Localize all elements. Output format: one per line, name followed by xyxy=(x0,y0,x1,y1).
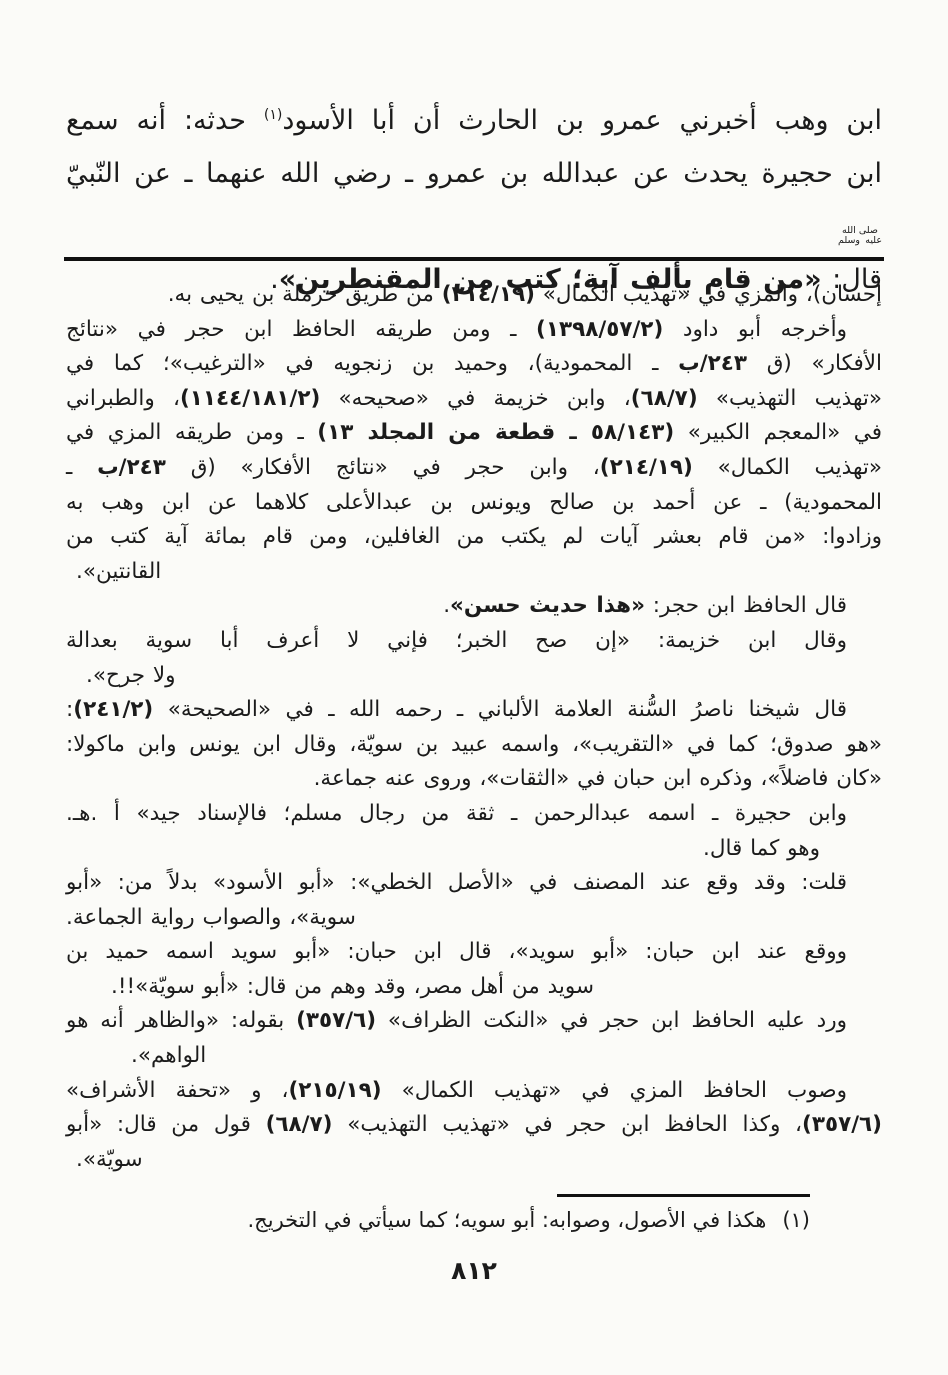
footnote-text: هكذا في الأصول، وصوابه: أبو سويه؛ كما سي… xyxy=(248,1208,767,1232)
text-segment: سوية»، والصواب رواية الجماعة. xyxy=(66,905,356,930)
text-line: ابن حجيرة يحدث عن عبدالله بن عمرو ـ رضي … xyxy=(66,147,882,253)
text-line: القانتين». xyxy=(66,555,882,590)
text-segment: قول من قال: «أبو xyxy=(66,1112,266,1137)
bold-text-segment: (١١٤٤/١٨١/٢) xyxy=(180,386,320,411)
text-segment: ابن وهب أخبرني عمرو بن الحارث أن أبا الأ… xyxy=(282,105,882,136)
text-line: ابن وهب أخبرني عمرو بن الحارث أن أبا الأ… xyxy=(66,94,882,147)
text-segment: قال الحافظ ابن حجر: xyxy=(645,593,847,618)
text-line: (٣٥٧/٦)، وكذا الحافظ ابن حجر في «تهذيب ا… xyxy=(66,1108,882,1143)
text-segment: الواهم». xyxy=(131,1043,206,1068)
text-line: سويد من أهل مصر، وقد وهم من قال: «أبو سو… xyxy=(66,970,882,1005)
text-line: «هو صدوق؛ كما في «التقريب»، واسمه عبيد ب… xyxy=(66,728,882,763)
bold-text-segment: ٢٤٣/ب xyxy=(97,455,166,480)
text-line: قال شيخنا ناصرُ السُّنة العلامة الألباني… xyxy=(66,693,882,728)
text-line: ولا جرح». xyxy=(66,659,882,694)
bold-text-segment: (٦٨/٧) xyxy=(631,386,698,411)
text-segment: وقال ابن خزيمة: «إن صح الخبر؛ فإني لا أع… xyxy=(66,628,847,653)
text-segment: قلت: وقد وقع عند المصنف في «الأصل الخطي»… xyxy=(66,870,847,895)
text-segment: سويّة». xyxy=(76,1147,143,1172)
text-segment: بقوله: «والظاهر أنه هو xyxy=(66,1008,296,1033)
text-line: وابن حجيرة ـ اسمه عبدالرحمن ـ ثقة من رجا… xyxy=(66,797,882,832)
bold-text-segment: (٥٨/١٤٣ ـ قطعة من المجلد ١٣) xyxy=(317,420,674,445)
text-line: قلت: وقد وقع عند المصنف في «الأصل الخطي»… xyxy=(66,866,882,901)
text-segment: ـ ومن طريقه الحافظ ابن حجر في «نتائج xyxy=(66,317,536,342)
text-segment: «هو صدوق؛ كما في «التقريب»، واسمه عبيد ب… xyxy=(66,732,882,757)
text-segment: الأفكار» (ق xyxy=(747,351,882,376)
bold-text-segment: (٢١٥/١٩) xyxy=(288,1078,381,1103)
text-line: الأفكار» (ق ٢٤٣/ب ـ المحمودية)، وحميد بن… xyxy=(66,347,882,382)
bold-text-segment: ٢٤٣/ب xyxy=(678,351,747,376)
hadith-main-text: ابن وهب أخبرني عمرو بن الحارث أن أبا الأ… xyxy=(66,94,882,306)
text-segment: وابن حجيرة ـ اسمه عبدالرحمن ـ ثقة من رجا… xyxy=(66,801,847,826)
text-segment: ـ ومن طريقه المزي في xyxy=(66,420,317,445)
footnote-divider xyxy=(557,1194,810,1197)
text-line: وزادوا: «من قام بعشر آيات لم يكتب من الغ… xyxy=(66,520,882,555)
text-line: «كان فاضلاً»، وذكره ابن حبان في «الثقات»… xyxy=(66,762,882,797)
page-number: ٨١٢ xyxy=(0,1256,948,1285)
text-line: سوية»، والصواب رواية الجماعة. xyxy=(66,901,882,936)
text-segment: ولا جرح». xyxy=(86,663,176,688)
text-segment: ، وكذا الحافظ ابن حجر في «تهذيب التهذيب» xyxy=(333,1112,803,1137)
footnote-marker: (١) xyxy=(782,1208,810,1232)
text-line: وهو كما قال. xyxy=(66,832,882,867)
bold-text-segment: (١٣٩٨/٥٧/٢) xyxy=(536,317,663,342)
text-segment: القانتين». xyxy=(76,559,161,584)
text-line: قال الحافظ ابن حجر: «هذا حديث حسن». xyxy=(66,589,882,624)
book-page: ابن وهب أخبرني عمرو بن الحارث أن أبا الأ… xyxy=(0,0,948,1375)
text-segment: ـ xyxy=(66,455,97,480)
text-segment: من طريق حرملة بن يحيى به. xyxy=(168,282,442,307)
text-segment: ، وابن خزيمة في «صحيحه» xyxy=(320,386,630,411)
takhrij-commentary: إحسان)، والمزي في «تهذيب الكمال» (٢١٤/١٩… xyxy=(66,278,882,1177)
text-line: «تهذيب الكمال» (٢١٤/١٩)، وابن حجر في «نت… xyxy=(66,451,882,486)
text-segment: «كان فاضلاً»، وذكره ابن حبان في «الثقات»… xyxy=(314,766,882,791)
text-segment: ، والطبراني xyxy=(66,386,180,411)
text-line: ورد عليه الحافظ ابن حجر في «النكت الظراف… xyxy=(66,1004,882,1039)
text-segment: ورد عليه الحافظ ابن حجر في «النكت الظراف… xyxy=(376,1008,847,1033)
commentary-section-divider xyxy=(64,257,884,261)
bold-text-segment: (٦٨/٧) xyxy=(266,1112,333,1137)
bold-text-segment: (٣٥٧/٦) xyxy=(296,1008,376,1033)
text-segment: في «المعجم الكبير» xyxy=(674,420,882,445)
text-segment: وأخرجه أبو داود xyxy=(663,317,847,342)
text-line: ووقع عند ابن حبان: «أبو سويد»، قال ابن ح… xyxy=(66,935,882,970)
text-segment: قال شيخنا ناصرُ السُّنة العلامة الألباني… xyxy=(153,697,847,722)
text-segment: ابن حجيرة يحدث عن عبدالله بن عمرو ـ رضي … xyxy=(66,158,882,189)
text-segment: إحسان)، والمزي في «تهذيب الكمال» xyxy=(535,282,882,307)
text-line: «تهذيب التهذيب» (٦٨/٧)، وابن خزيمة في «ص… xyxy=(66,382,882,417)
text-segment: حدثه: أنه سمع xyxy=(66,105,264,136)
text-segment: ووقع عند ابن حبان: «أبو سويد»، قال ابن ح… xyxy=(66,939,847,964)
text-line: وقال ابن خزيمة: «إن صح الخبر؛ فإني لا أع… xyxy=(66,624,882,659)
text-line: إحسان)، والمزي في «تهذيب الكمال» (٢١٤/١٩… xyxy=(66,278,882,313)
text-segment: ، و «تحفة الأشراف» xyxy=(66,1078,288,1103)
bold-text-segment: (٢٤١/٢) xyxy=(73,697,153,722)
text-segment: سويد من أهل مصر، وقد وهم من قال: «أبو سو… xyxy=(111,974,594,999)
text-segment: ، وابن حجر في «نتائج الأفكار» (ق xyxy=(166,455,600,480)
bold-text-segment: (٢١٤/١٩) xyxy=(442,282,535,307)
text-line: وأخرجه أبو داود (١٣٩٨/٥٧/٢) ـ ومن طريقه … xyxy=(66,313,882,348)
footnote-reference-mark: (١) xyxy=(264,107,283,123)
text-line: وصوب الحافظ المزي في «تهذيب الكمال» (٢١٥… xyxy=(66,1074,882,1109)
text-segment: «تهذيب الكمال» xyxy=(693,455,882,480)
bold-text-segment: (٣٥٧/٦) xyxy=(802,1112,882,1137)
saw-honorific-mark: صلى الله عليه وسلم xyxy=(838,226,882,247)
text-segment: المحمودية) ـ عن أحمد بن صالح ويونس بن عب… xyxy=(66,490,882,515)
bold-text-segment: (٢١٤/١٩) xyxy=(600,455,693,480)
text-line: المحمودية) ـ عن أحمد بن صالح ويونس بن عب… xyxy=(66,486,882,521)
text-segment: ـ المحمودية)، وحميد بن زنجويه في «الترغي… xyxy=(66,351,678,376)
text-segment: وهو كما قال. xyxy=(703,836,820,861)
text-segment: «تهذيب التهذيب» xyxy=(698,386,882,411)
footnote: (١)هكذا في الأصول، وصوابه: أبو سويه؛ كما… xyxy=(140,1204,810,1236)
text-segment: وزادوا: «من قام بعشر آيات لم يكتب من الغ… xyxy=(66,524,882,549)
text-line: الواهم». xyxy=(66,1039,882,1074)
text-segment: وصوب الحافظ المزي في «تهذيب الكمال» xyxy=(382,1078,847,1103)
bold-text-segment: «هذا حديث حسن» xyxy=(450,593,645,618)
text-line: في «المعجم الكبير» (٥٨/١٤٣ ـ قطعة من الم… xyxy=(66,416,882,451)
text-line: سويّة». xyxy=(66,1143,882,1178)
